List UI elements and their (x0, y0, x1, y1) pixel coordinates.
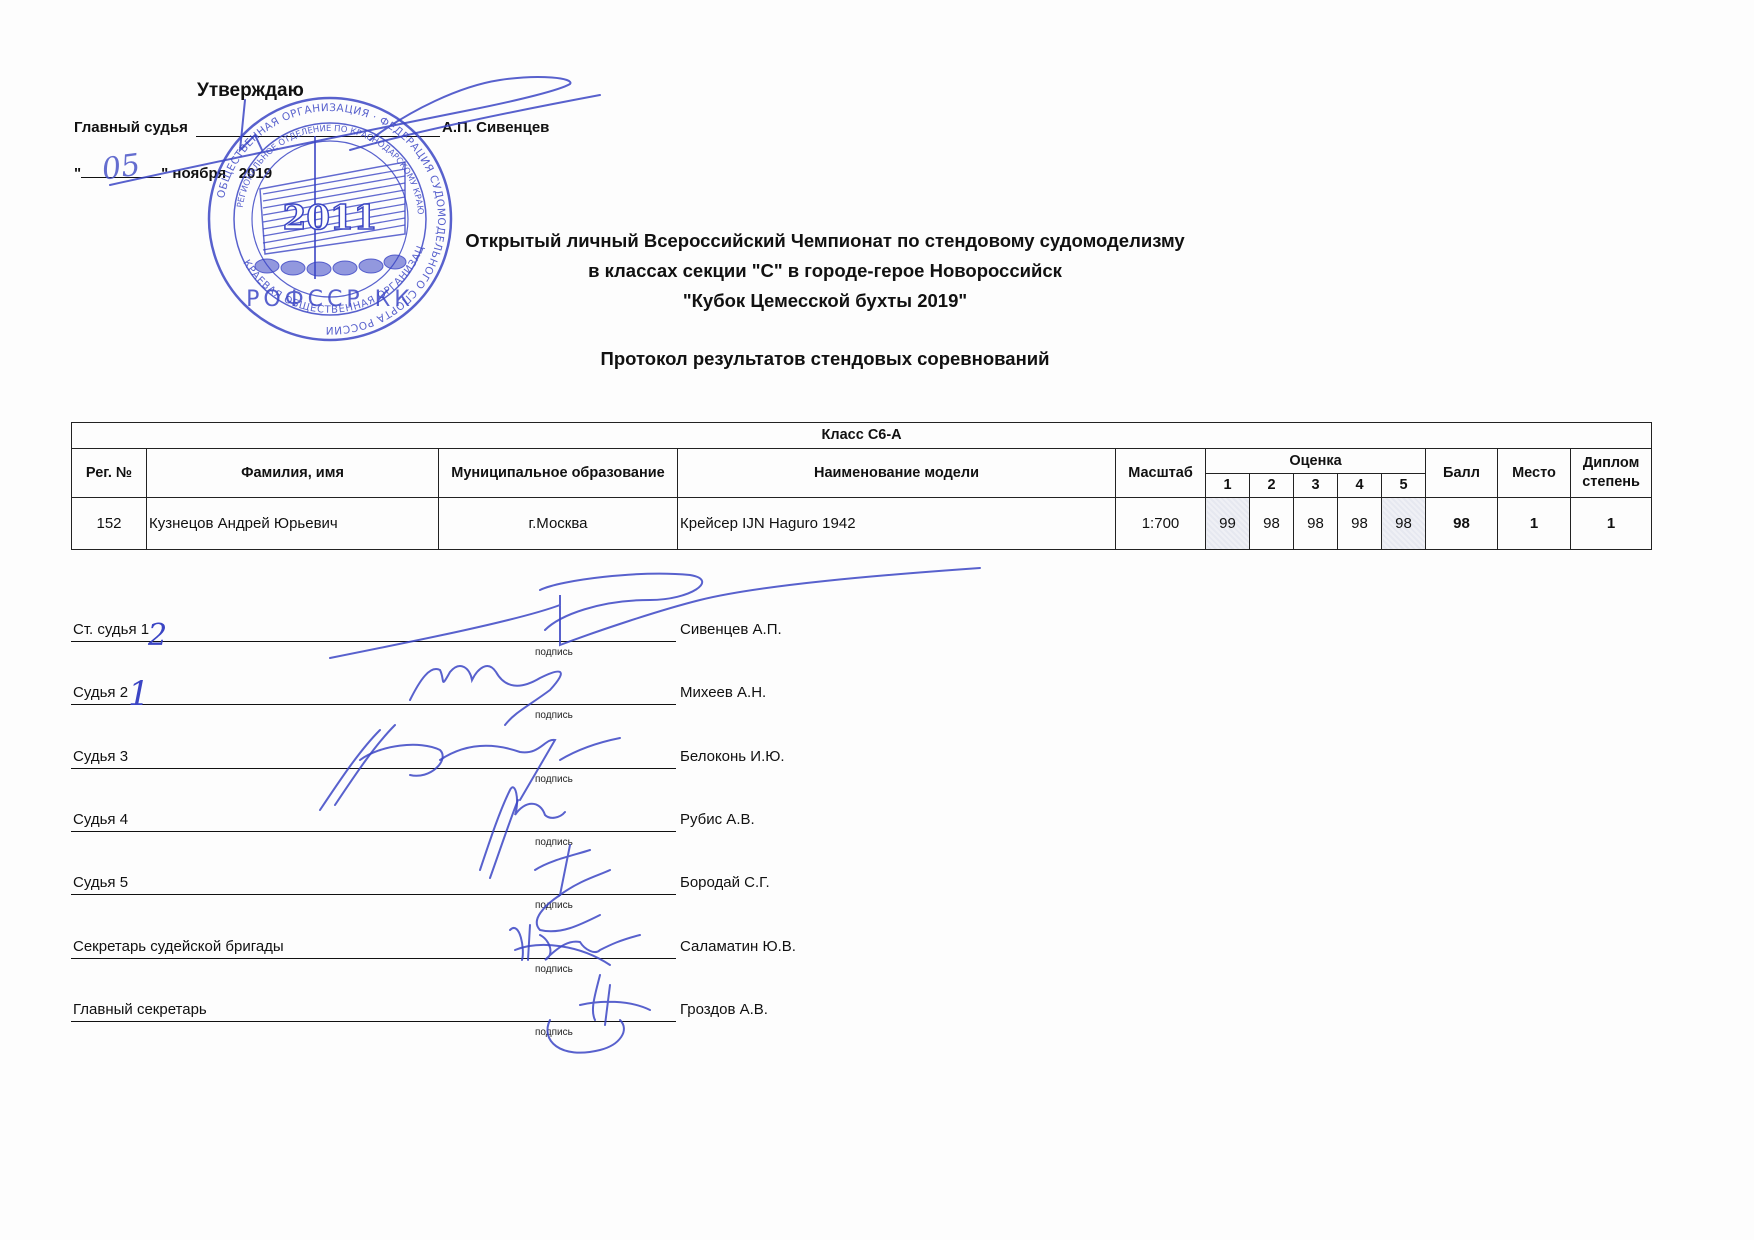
header-score-2: 2 (1250, 474, 1294, 498)
signature-line (71, 831, 676, 832)
header-reg-no: Рег. № (72, 449, 147, 498)
header-scale: Масштаб (1116, 449, 1206, 498)
cell-score-5: 98 (1382, 498, 1426, 550)
header-points: Балл (1426, 449, 1498, 498)
cell-reg-no: 152 (72, 498, 147, 550)
signature-line (71, 894, 676, 895)
signature-row: Судья 2подписьМихеев А.Н. (71, 649, 861, 709)
signature-role: Судья 2 (73, 684, 128, 701)
signature-line (71, 768, 676, 769)
cell-diploma: 1 (1571, 498, 1652, 550)
signature-line (71, 704, 676, 705)
signature-row: Судья 5подписьБородай С.Г. (71, 839, 861, 899)
header-score-4: 4 (1338, 474, 1382, 498)
signature-line (71, 958, 676, 959)
chief-judge-signature-line (196, 136, 440, 137)
signature-row: Ст. судья 1подписьСивенцев А.П. (71, 586, 861, 646)
signature-role: Судья 3 (73, 748, 128, 765)
cell-place: 1 (1498, 498, 1571, 550)
header-score-5: 5 (1382, 474, 1426, 498)
signature-name: Саламатин Ю.В. (680, 938, 796, 955)
svg-text:КРАЕВАЯ ОБЩЕСТВЕННАЯ ОРГАНИЗАЦ: КРАЕВАЯ ОБЩЕСТВЕННАЯ ОРГАНИЗАЦИЯ (205, 94, 427, 316)
header-scores-group: Оценка (1206, 449, 1426, 474)
date-month: ноября (172, 165, 226, 182)
signature-line (71, 1021, 676, 1022)
chief-judge-name: А.П. Сивенцев (442, 119, 549, 136)
championship-subtitle: в классах секции "С" в городе-герое Ново… (440, 260, 1210, 282)
header-score-1: 1 (1206, 474, 1250, 498)
stamp-year: 2011 (283, 198, 378, 238)
cell-score-3: 98 (1294, 498, 1338, 550)
championship-title: Открытый личный Всероссийский Чемпионат … (440, 230, 1210, 252)
signature-role: Ст. судья 1 (73, 621, 149, 638)
signature-row: Судья 4подписьРубис А.В. (71, 776, 861, 836)
date-open-quote: " (74, 165, 81, 182)
header-diploma: Диплом степень (1571, 449, 1652, 498)
cell-points: 98 (1426, 498, 1498, 550)
date-close-quote: " (161, 165, 168, 182)
date-year: 2019 (239, 165, 272, 182)
stamp-bottom-text: КРАЕВАЯ ОБЩЕСТВЕННАЯ ОРГАНИЗАЦИЯ (205, 94, 427, 316)
approval-title: Утверждаю (197, 80, 304, 102)
header-place: Место (1498, 449, 1571, 498)
signature-row: Секретарь судейской бригадыподписьСалама… (71, 903, 861, 963)
signature-role: Судья 5 (73, 874, 128, 891)
cell-model: Крейсер IJN Haguro 1942 (678, 498, 1116, 550)
header-score-3: 3 (1294, 474, 1338, 498)
results-table: Класс С6-А Рег. № Фамилия, имя Муниципал… (71, 422, 1652, 550)
stamp-abbreviation: РОФССР КК (246, 287, 414, 312)
header-model: Наименование модели (678, 449, 1116, 498)
signature-line (71, 641, 676, 642)
date-day-handwritten: 05 (100, 148, 143, 188)
cell-score-1: 99 (1206, 498, 1250, 550)
table-row: 152 Кузнецов Андрей Юрьевич г.Москва Кре… (72, 498, 1652, 550)
stamp-outer-text: ОБЩЕСТВЕННАЯ ОРГАНИЗАЦИЯ · ФЕДЕРАЦИЯ СУД… (215, 102, 447, 336)
header-municipality: Муниципальное образование (439, 449, 678, 498)
signature-row: Судья 3подписьБелоконь И.Ю. (71, 713, 861, 773)
official-stamp-icon: ОБЩЕСТВЕННАЯ ОРГАНИЗАЦИЯ · ФЕДЕРАЦИЯ СУД… (205, 94, 455, 344)
protocol-title: Протокол результатов стендовых соревнова… (440, 348, 1210, 370)
cell-score-4: 98 (1338, 498, 1382, 550)
signature-role: Главный секретарь (73, 1001, 207, 1018)
signature-name: Михеев А.Н. (680, 684, 766, 701)
signature-name: Бородай С.Г. (680, 874, 770, 891)
header-name: Фамилия, имя (147, 449, 439, 498)
cup-title: "Кубок Цемесской бухты 2019" (440, 290, 1210, 312)
class-label: Класс С6-А (72, 423, 1652, 449)
cell-name: Кузнецов Андрей Юрьевич (147, 498, 439, 550)
signature-role: Секретарь судейской бригады (73, 938, 284, 955)
chief-judge-label: Главный судья (74, 119, 188, 136)
signature-name: Сивенцев А.П. (680, 621, 782, 638)
signature-name: Рубис А.В. (680, 811, 755, 828)
cell-municipality: г.Москва (439, 498, 678, 550)
svg-text:ОБЩЕСТВЕННАЯ ОРГАНИЗАЦИЯ · ФЕД: ОБЩЕСТВЕННАЯ ОРГАНИЗАЦИЯ · ФЕДЕРАЦИЯ СУД… (215, 102, 447, 336)
signature-role: Судья 4 (73, 811, 128, 828)
signature-row: Главный секретарьподписьГроздов А.В. (71, 966, 861, 1026)
cell-scale: 1:700 (1116, 498, 1206, 550)
signature-name: Белоконь И.Ю. (680, 748, 785, 765)
cell-score-2: 98 (1250, 498, 1294, 550)
signature-name: Гроздов А.В. (680, 1001, 768, 1018)
signature-caption: подпись (535, 1027, 573, 1038)
